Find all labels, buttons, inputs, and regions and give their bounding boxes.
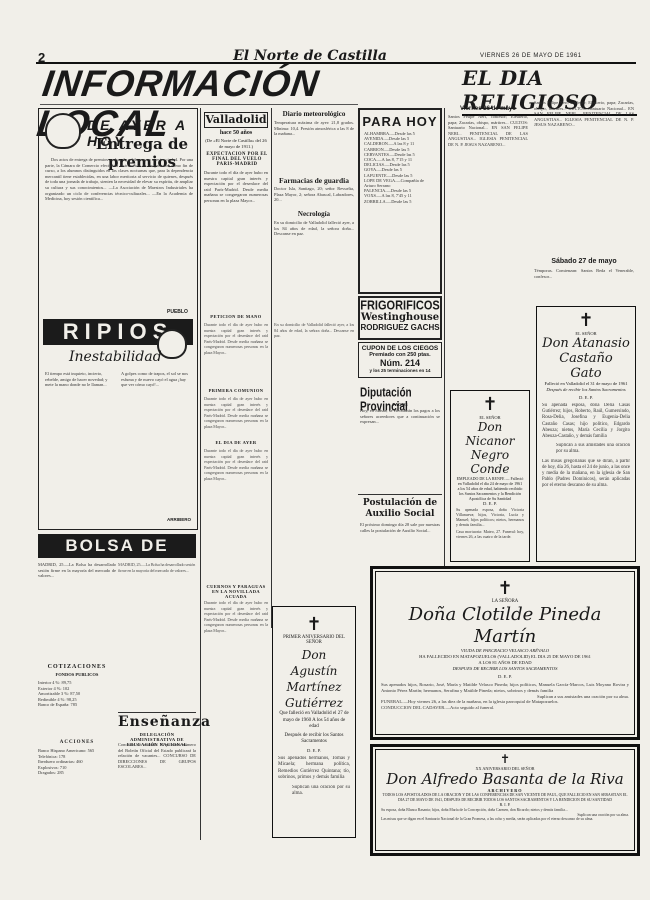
article-body: Dos actos de entrega de premios acaban d… — [45, 157, 193, 307]
obituary-atanasio: ✝ EL SEÑOR Don Atanasio Castaño Gato Fal… — [536, 306, 636, 562]
cupon-ciegos-box: CUPON DE LOS CIEGOS Premiado con 250 pta… — [358, 342, 442, 378]
deceased-name: Don Nicanor Negro Conde — [456, 420, 524, 476]
para-hoy-box: PARA HOY ALHAMBRA.—Desde las 5 AVENIDA.—… — [358, 108, 442, 294]
bolsa-intro: MADRID, 25.—La Bolsa ha desarrollado ses… — [38, 562, 116, 662]
saturday-heading: Sábado 27 de mayo — [534, 258, 634, 265]
cross-icon: ✝ — [381, 753, 629, 766]
deceased-name: Don Agustín Martínez Gutiérrez — [278, 647, 350, 711]
issue-date: VIERNES 26 DE MAYO DE 1961 — [480, 53, 582, 59]
comunion-body: Durante todo el día de ayer hubo en nues… — [204, 396, 268, 436]
religious-date: Viernes 26 de mayo — [448, 106, 528, 112]
meteo-body: Temperatura máxima de ayer: 21,8 grados.… — [274, 120, 354, 180]
postulacion-rule — [358, 494, 442, 495]
obituary-nicanor: ✝ EL SEÑOR Don Nicanor Negro Conde EMPLE… — [450, 390, 530, 562]
valladolid-source: (De «El Norte de Castilla» del 26 de may… — [204, 138, 268, 150]
poem-verse-left: El tiempo está inquieto, incierto, rebel… — [45, 371, 117, 521]
deceased-name: Doña Clotilde Pineda Martín — [381, 604, 629, 648]
diputacion-sub: PAGOS — [360, 402, 440, 407]
subhead-novillada: CUERNOS Y PARAGUAS EN LA NOVILLADA ACUAD… — [204, 584, 268, 599]
acciones-heading: ACCIONES — [38, 740, 116, 745]
obituary-clotilde: ✝ LA SEÑORA Doña Clotilde Pineda Martín … — [370, 566, 640, 740]
subhead-peticion: PETICION DE MANO — [204, 314, 268, 319]
cupon-number: 214 — [405, 358, 420, 368]
necrologia-heading: Necrología — [274, 210, 354, 218]
diputacion-body: Hoy, en Masas, se efectuarán los pagos a… — [360, 408, 440, 492]
fondos-heading: FONDOS PUBLICOS — [38, 672, 116, 677]
para-hoy-list: ALHAMBRA.—Desde las 5 AVENIDA.—Desde las… — [360, 129, 440, 206]
poem-verse-right: A golpes como de trapos, el sol se nos e… — [121, 371, 193, 516]
ensenanza-rule — [118, 712, 196, 713]
dia-de-ayer-body: Durante todo el día de ayer hubo en nues… — [204, 448, 268, 580]
valladolid-body: Durante todo el día de ayer hubo en nues… — [204, 170, 268, 310]
subhead-dia-de-ayer: EL DIA DE AYER — [204, 440, 268, 445]
para-hoy-heading: PARA HOY — [360, 114, 440, 129]
postulacion-body: El próximo domingo día 28 sale por nuest… — [360, 522, 440, 560]
frigorificos-ad: FRIGORIFICOS Westinghouse RODRIGUEZ GACH… — [358, 296, 442, 340]
cross-icon: ✝ — [278, 615, 350, 635]
bolsa-rows-right: MADRID, 25.—La Bolsa ha desarrollado ses… — [118, 562, 196, 712]
newspaper-page: 2 El Norte de Castilla VIERNES 26 DE MAY… — [0, 0, 650, 900]
ensenanza-headline: Enseñanza — [118, 714, 198, 730]
obituary-agustin: ✝ PRIMER ANIVERSARIO DEL SEÑOR Don Agust… — [272, 606, 356, 838]
meteo-heading: Diario meteorológico — [274, 110, 354, 118]
cross-icon: ✝ — [456, 395, 524, 415]
obituary-alfredo: ✝ XX ANIVERSARIO DEL SEÑOR Don Alfredo B… — [370, 744, 640, 856]
column-divider — [200, 108, 201, 840]
poem-title: Inestabilidad — [69, 349, 159, 365]
farmacias-heading: Farmacias de guardia — [274, 176, 354, 185]
bolsa-rows-left-2: Banco Hispano Americano: 565 Telefónica:… — [38, 748, 116, 828]
caricature-portrait — [45, 113, 81, 149]
news-briefs: En su domicilio de Valladolid falleció a… — [274, 322, 354, 622]
article-signature: PUEBLO — [167, 309, 188, 315]
postulacion-heading: Postulación de Auxilio Social — [358, 498, 442, 520]
valladolid-headline: EXPECTACION POR EL FINAL DEL VUELO PARIS… — [206, 152, 268, 167]
bolsa-rows-left: Interior 4 %: 89,75 Exterior 4 %: 102 Am… — [38, 680, 116, 740]
saturday-body: Témporas. Comienzan: Santos Beda el Vene… — [534, 268, 634, 300]
necrologia-body: En su domicilio de Valladolid falleció a… — [274, 220, 354, 320]
religious-body: Santos Felipe Neri, confesor; Eleuterio,… — [448, 114, 528, 414]
section-rule — [40, 104, 358, 105]
poem-signature: ARRIBERO — [167, 517, 191, 522]
novillada-body: Durante todo el día de ayer hubo en nues… — [204, 600, 268, 745]
ensenanza-body: Concurso de traslado. El próximo número … — [118, 742, 196, 832]
valladolid-nameplate: Valladolid — [204, 112, 268, 128]
cross-icon: ✝ — [381, 579, 629, 599]
religious-body-2: Santos Felipe Neri, confesor; Eleuterio,… — [534, 100, 634, 258]
cotizaciones-heading: COTIZACIONES — [38, 664, 116, 670]
de-ayer-a-hoy-column: DE AYER A HOY Entrega de premios Dos act… — [38, 108, 198, 530]
cross-icon: ✝ — [542, 311, 630, 331]
valladolid-subtitle: hace 50 años — [204, 130, 268, 136]
column-divider — [271, 108, 272, 628]
peticion-body: Durante todo el día de ayer hubo en nues… — [204, 322, 268, 384]
deceased-name: Don Alfredo Basanta de la Riva — [381, 771, 629, 788]
bolsa-banner: BOLSA DE MADRID — [38, 534, 196, 558]
subhead-comunion: PRIMERA COMUNION — [204, 388, 268, 393]
deceased-name: Don Atanasio Castaño Gato — [542, 336, 630, 381]
column-divider — [444, 108, 445, 570]
